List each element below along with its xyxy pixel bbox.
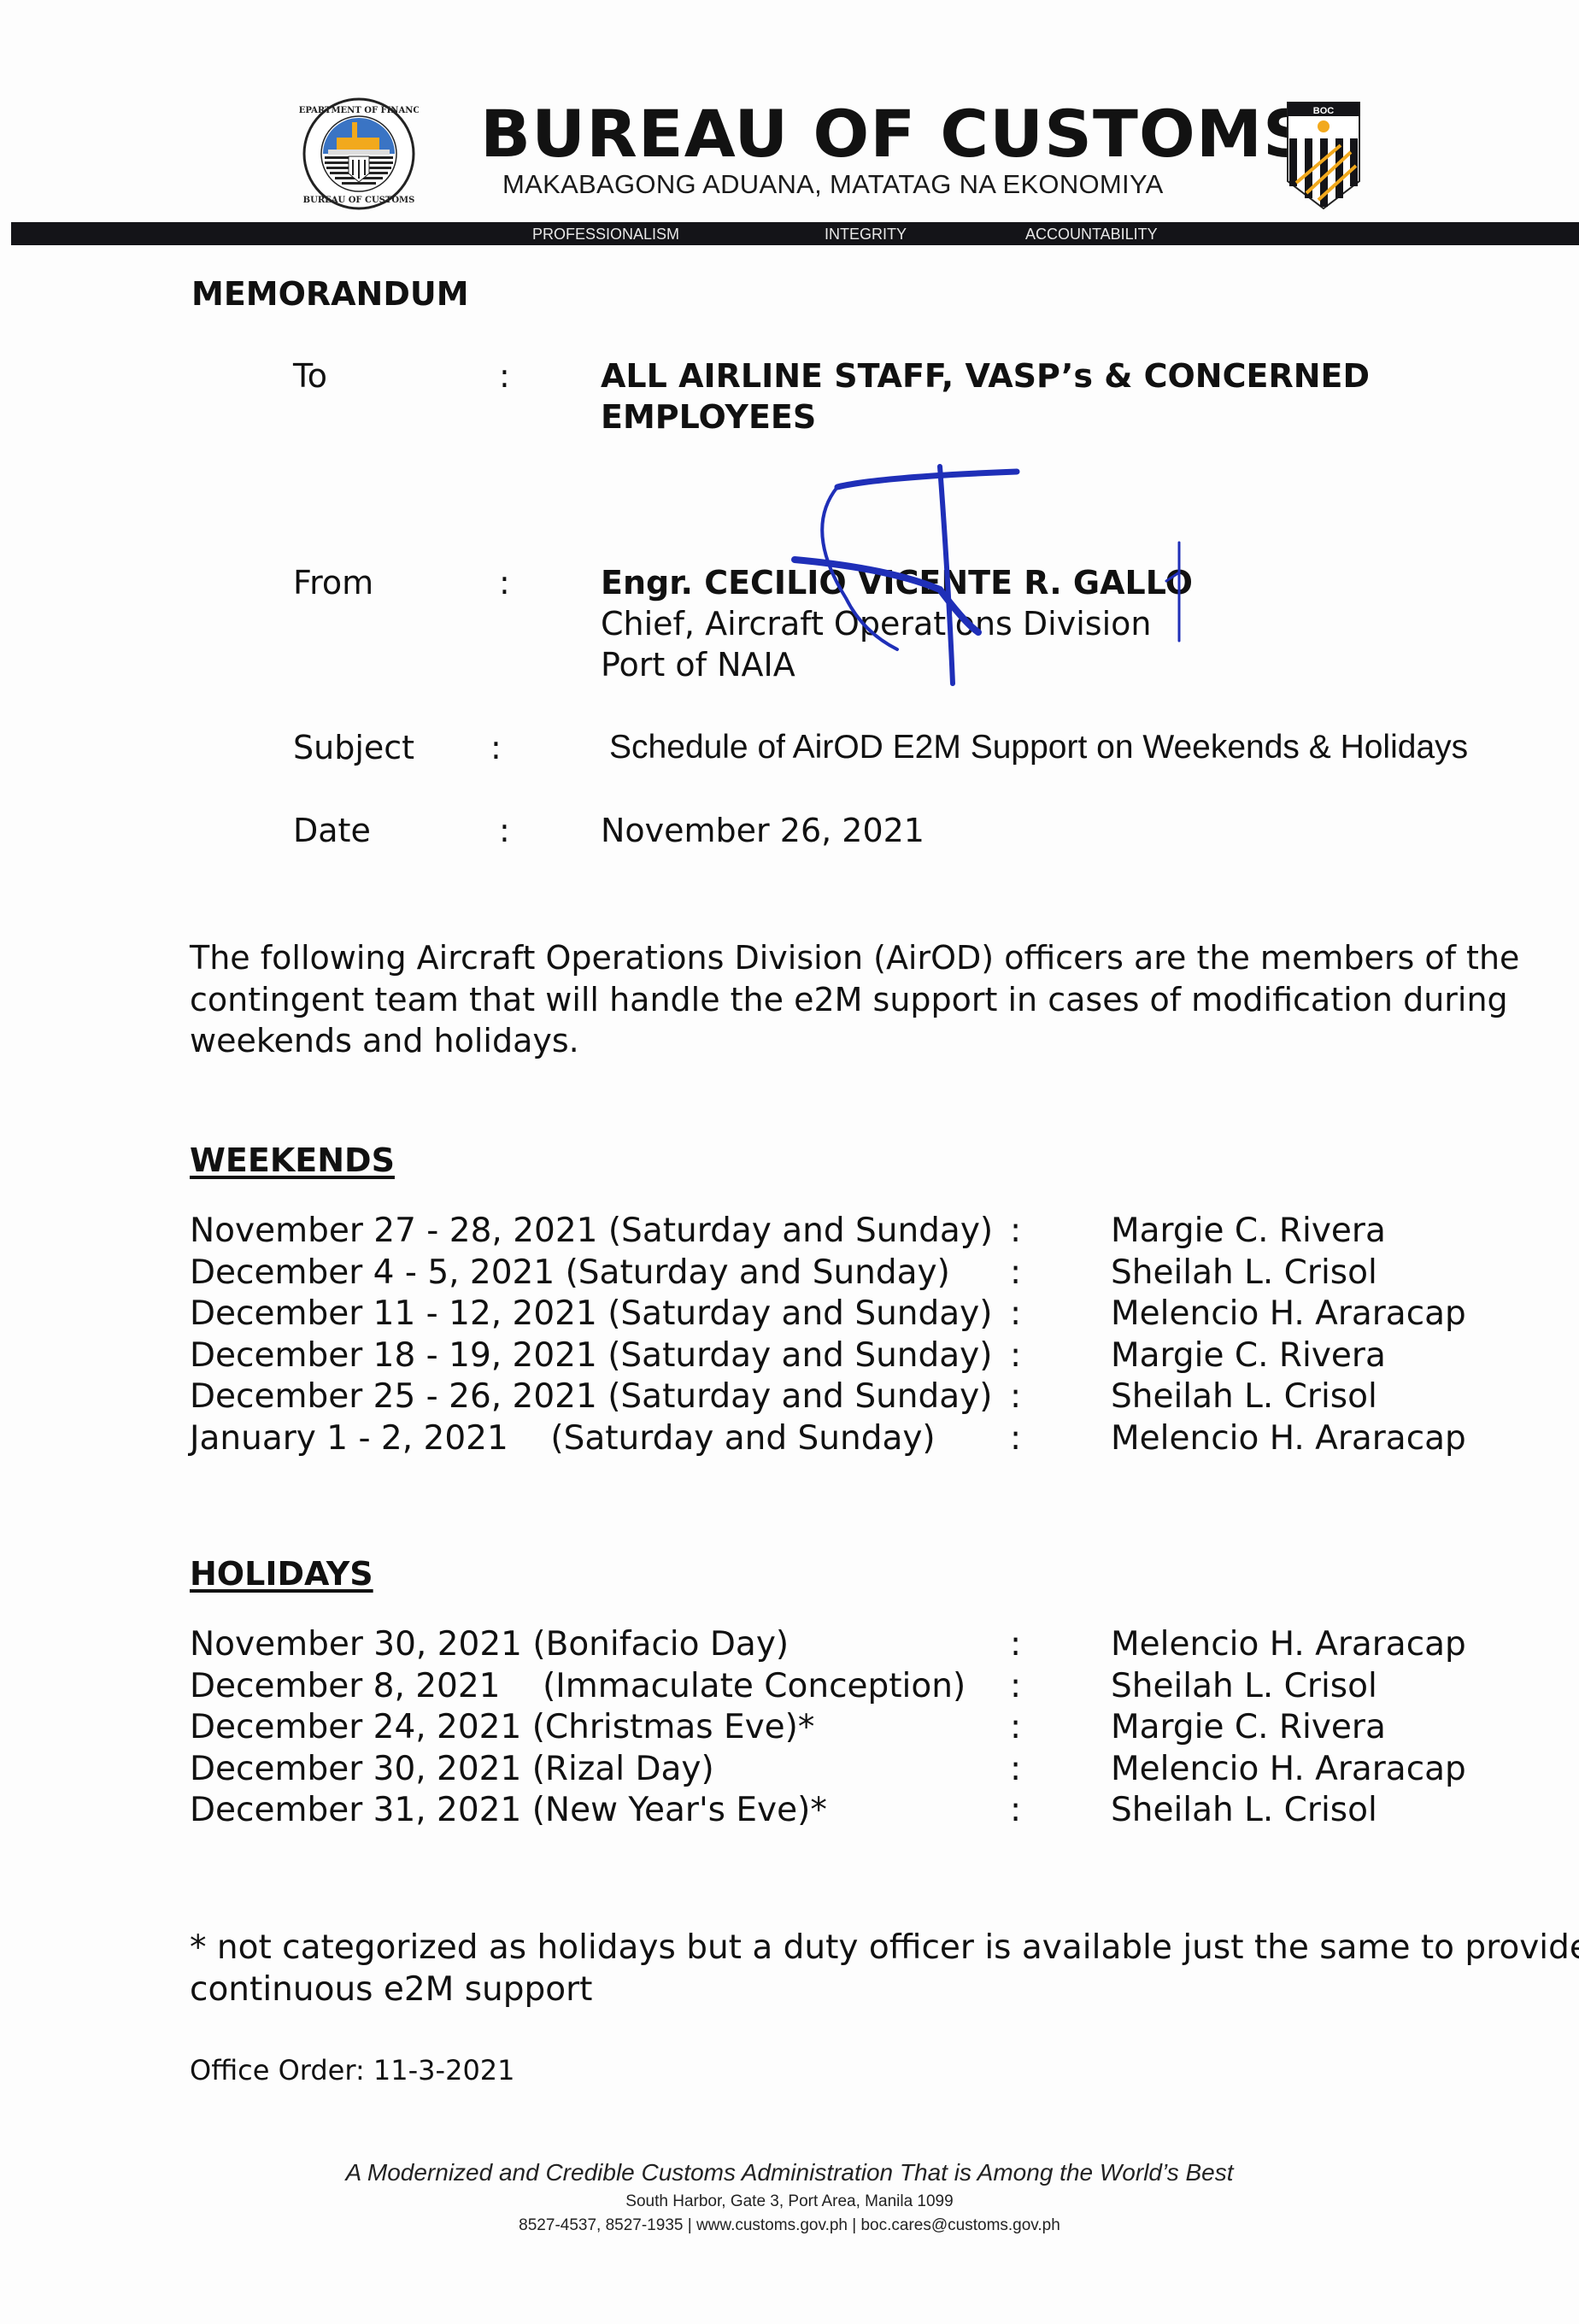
schedule-colon: : [1010,1419,1021,1458]
value-accountability: ACCOUNTABILITY [1025,226,1158,244]
schedule-colon: : [1010,1708,1021,1746]
schedule-row: November 27 - 28, 2021 (Saturday and Sun… [190,1212,1471,1253]
value-integrity: INTEGRITY [825,226,907,244]
to-label: To [293,357,327,395]
schedule-row: December 25 - 26, 2021 (Saturday and Sun… [190,1377,1471,1418]
to-colon: : [499,357,510,395]
duty-officer: Margie C. Rivera [1111,1708,1386,1746]
footer-address: South Harbor, Gate 3, Port Area, Manila … [0,2192,1579,2211]
duty-officer: Melencio H. Araracap [1111,1625,1466,1664]
duty-officer: Sheilah L. Crisol [1111,1253,1377,1292]
duty-officer: Margie C. Rivera [1111,1336,1386,1375]
duty-officer: Sheilah L. Crisol [1111,1791,1377,1829]
date-colon: : [499,812,510,849]
subject-colon: : [490,729,502,766]
date-label: Date [293,812,371,849]
value-professionalism: PROFESSIONALISM [532,226,679,244]
schedule-date: November 30, 2021 (Bonifacio Day) [190,1625,789,1664]
schedule-row: December 4 - 5, 2021 (Saturday and Sunda… [190,1253,1471,1294]
duty-officer: Melencio H. Araracap [1111,1419,1466,1458]
schedule-colon: : [1010,1791,1021,1829]
intro-line: contingent team that will handle the e2M… [190,979,1519,1021]
duty-officer: Melencio H. Araracap [1111,1294,1466,1333]
values-bar: PROFESSIONALISM INTEGRITY ACCOUNTABILITY [11,222,1579,245]
schedule-date: December 11 - 12, 2021 (Saturday and Sun… [190,1294,992,1333]
from-title: Chief, Aircraft Operations Division [601,605,1151,643]
subject-text: Schedule of AirOD E2M Support on Weekend… [609,729,1468,766]
schedule-date: January 1 - 2, 2021 (Saturday and Sunday… [190,1419,936,1458]
footer-contacts: 8527-4537, 8527-1935 | www.customs.gov.p… [0,2216,1579,2235]
schedule-colon: : [1010,1294,1021,1333]
schedule-colon: : [1010,1667,1021,1705]
svg-text:BOC: BOC [1313,106,1335,116]
agency-tagline: MAKABAGONG ADUANA, MATATAG NA EKONOMIYA [502,169,1164,200]
to-recipients: ALL AIRLINE STAFF, VASP’s & CONCERNED [601,357,1370,395]
to-recipients-line2: EMPLOYEES [601,398,816,436]
schedule-date: December 4 - 5, 2021 (Saturday and Sunda… [190,1253,950,1292]
intro-line: The following Aircraft Operations Divisi… [190,937,1519,979]
subject-label: Subject [293,729,414,766]
from-colon: : [499,564,510,602]
schedule-date: December 18 - 19, 2021 (Saturday and Sun… [190,1336,992,1375]
duty-officer: Sheilah L. Crisol [1111,1667,1377,1705]
schedule-date: December 30, 2021 (Rizal Day) [190,1750,714,1788]
holidays-heading: HOLIDAYS [190,1555,373,1593]
schedule-row: December 31, 2021 (New Year's Eve)*:Shei… [190,1791,1471,1832]
duty-officer: Sheilah L. Crisol [1111,1377,1377,1416]
duty-officer: Margie C. Rivera [1111,1212,1386,1250]
footnote: * not categorized as holidays but a duty… [190,1928,1579,2010]
schedule-row: December 18 - 19, 2021 (Saturday and Sun… [190,1336,1471,1377]
schedule-colon: : [1010,1750,1021,1788]
schedule-date: December 31, 2021 (New Year's Eve)* [190,1791,827,1829]
svg-text:DEPARTMENT OF FINANCE: DEPARTMENT OF FINANCE [299,106,419,115]
date-value: November 26, 2021 [601,812,925,849]
memo-heading: MEMORANDUM [191,275,469,313]
schedule-colon: : [1010,1336,1021,1375]
schedule-date: December 25 - 26, 2021 (Saturday and Sun… [190,1377,992,1416]
intro-line: weekends and holidays. [190,1020,1519,1062]
department-of-finance-seal-icon: DEPARTMENT OF FINANCE BUREAU OF CUSTOMS [299,97,419,211]
from-office: Port of NAIA [601,646,795,684]
schedule-date: November 27 - 28, 2021 (Saturday and Sun… [190,1212,993,1250]
intro-paragraph: The following Aircraft Operations Divisi… [190,937,1519,1062]
agency-title: BUREAU OF CUSTOMS [480,96,1312,172]
weekends-heading: WEEKENDS [190,1141,395,1179]
boc-shield-icon: BOC [1284,101,1363,210]
office-order: Office Order: 11-3-2021 [190,2054,515,2086]
schedule-date: December 8, 2021 (Immaculate Conception) [190,1667,966,1705]
schedule-colon: : [1010,1625,1021,1664]
schedule-row: December 30, 2021 (Rizal Day):Melencio H… [190,1750,1471,1791]
from-label: From [293,564,373,602]
footnote-line: continuous e2M support [190,1969,1579,2011]
schedule-colon: : [1010,1253,1021,1292]
schedule-date: December 24, 2021 (Christmas Eve)* [190,1708,814,1746]
footer-motto: A Modernized and Credible Customs Admini… [0,2159,1579,2186]
schedule-row: December 11 - 12, 2021 (Saturday and Sun… [190,1294,1471,1335]
schedule-row: December 8, 2021 (Immaculate Conception)… [190,1667,1471,1708]
schedule-row: November 30, 2021 (Bonifacio Day):Melenc… [190,1625,1471,1666]
schedule-colon: : [1010,1377,1021,1416]
schedule-row: December 24, 2021 (Christmas Eve)*:Margi… [190,1708,1471,1749]
schedule-colon: : [1010,1212,1021,1250]
schedule-row: January 1 - 2, 2021 (Saturday and Sunday… [190,1419,1471,1460]
from-name: Engr. CECILIO VICENTE R. GALLO [601,564,1193,602]
footnote-line: * not categorized as holidays but a duty… [190,1928,1579,1969]
duty-officer: Melencio H. Araracap [1111,1750,1466,1788]
svg-text:BUREAU OF CUSTOMS: BUREAU OF CUSTOMS [303,196,415,205]
